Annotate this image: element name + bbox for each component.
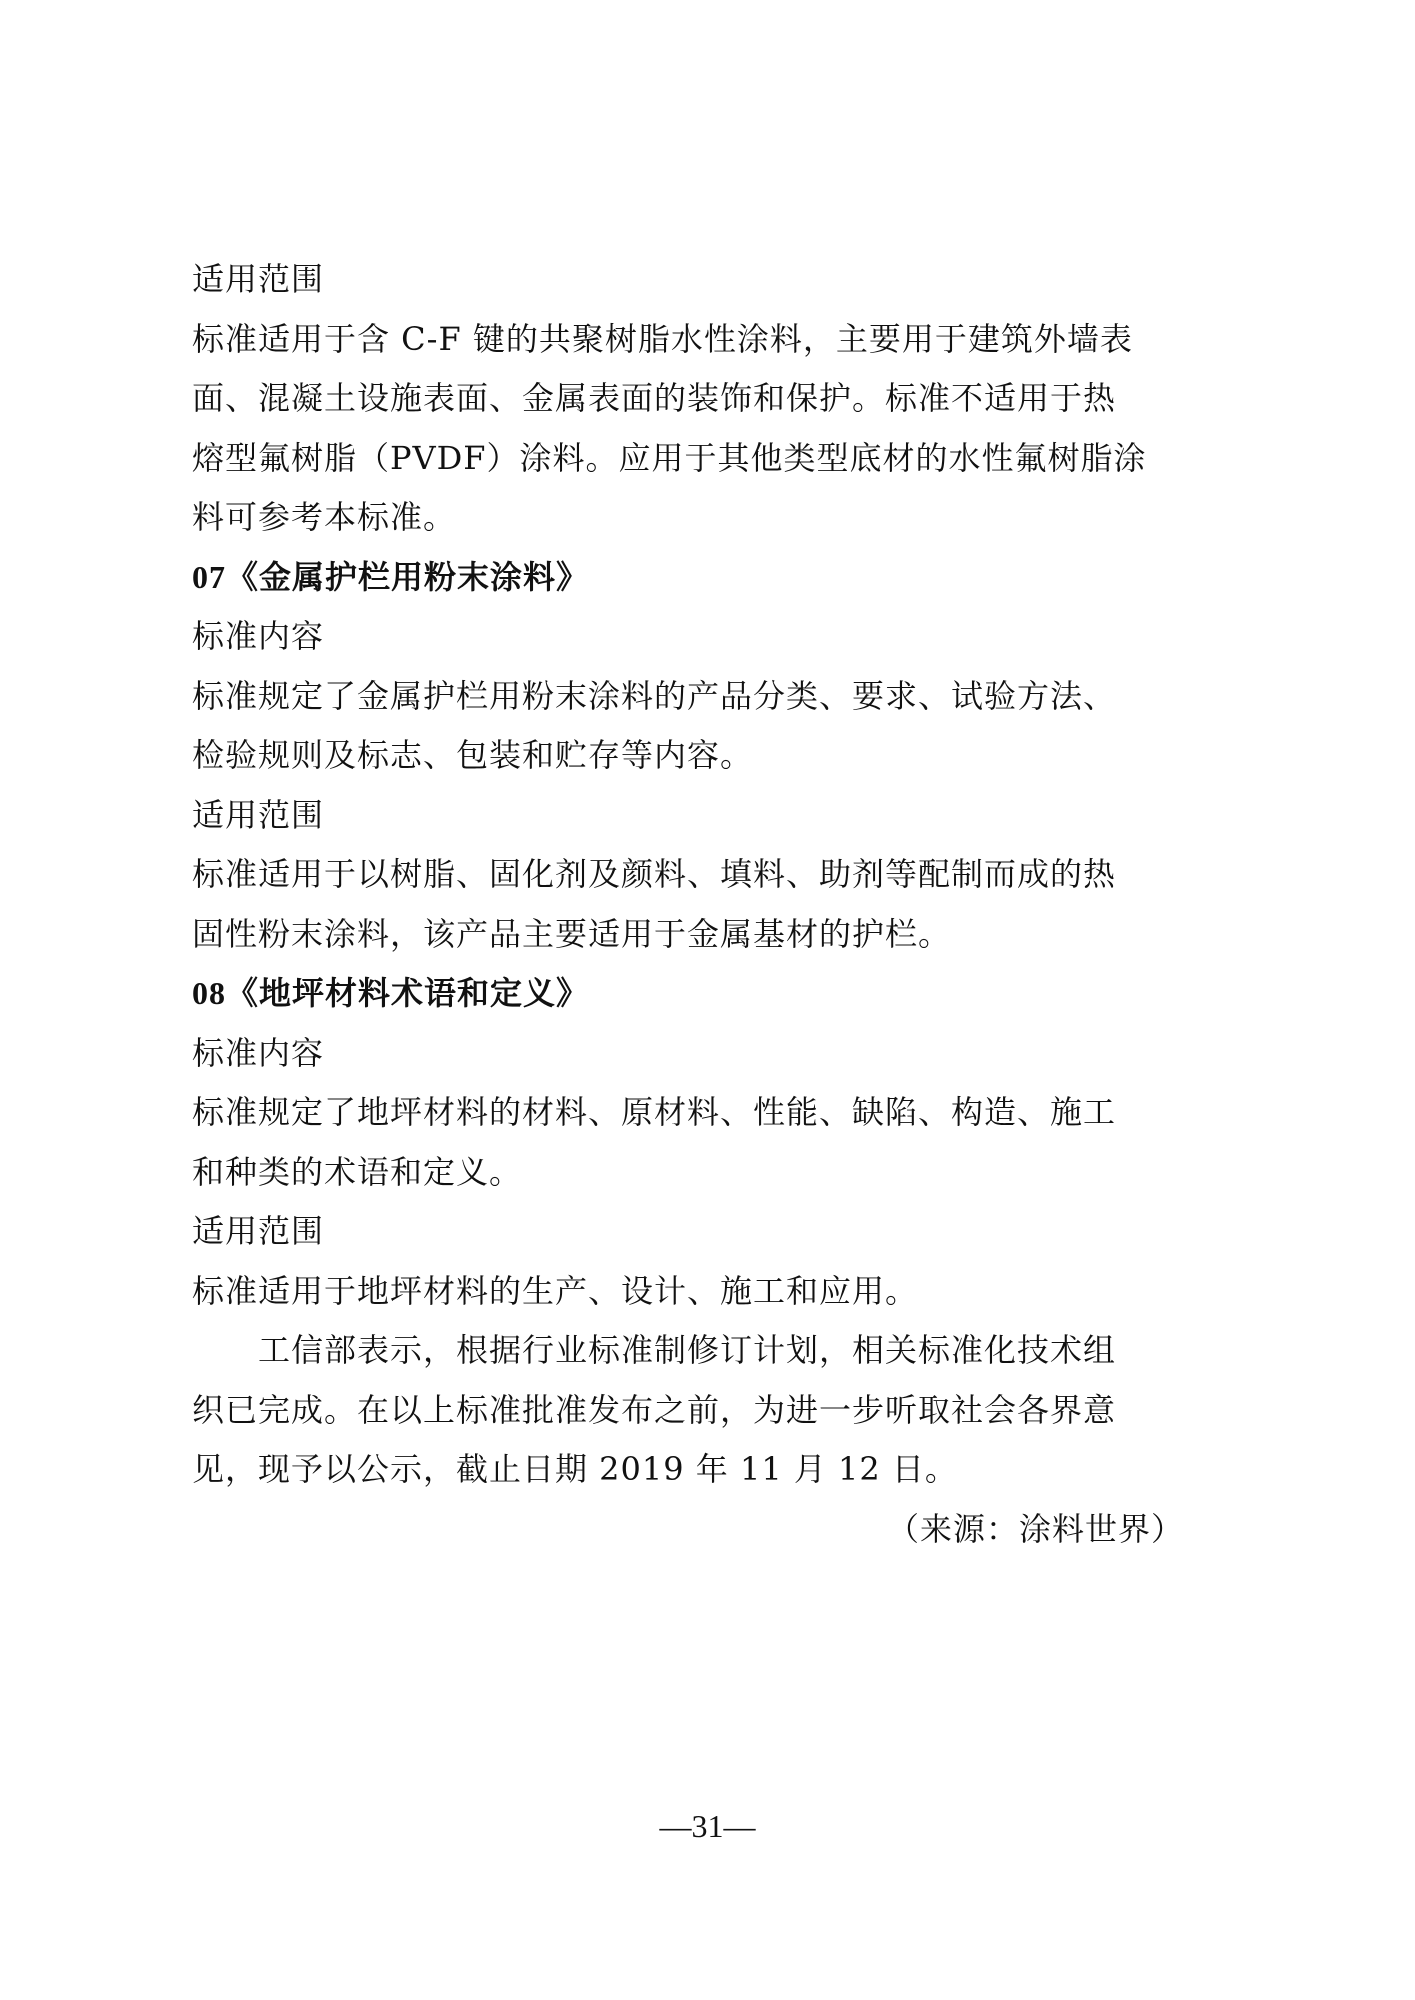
scope-text-line: 标准适用于以树脂、固化剂及颜料、填料、助剂等配制而成的热 <box>192 845 1184 905</box>
scope-label: 适用范围 <box>192 1202 1184 1262</box>
scope-text-line: 标准适用于地坪材料的生产、设计、施工和应用。 <box>192 1262 1184 1322</box>
scope-text-line: 料可参考本标准。 <box>192 488 1184 548</box>
scope-label: 适用范围 <box>192 250 1184 310</box>
scope-text-line: 面、混凝土设施表面、金属表面的装饰和保护。标准不适用于热 <box>192 369 1184 429</box>
document-page: 适用范围 标准适用于含 C-F 键的共聚树脂水性涂料，主要用于建筑外墙表 面、混… <box>192 250 1184 1559</box>
content-text-line: 标准规定了地坪材料的材料、原材料、性能、缺陷、构造、施工 <box>192 1083 1184 1143</box>
content-text-line: 标准规定了金属护栏用粉末涂料的产品分类、要求、试验方法、 <box>192 667 1184 727</box>
closing-paragraph-line: 见，现予以公示，截止日期 2019 年 11 月 12 日。 <box>192 1440 1184 1500</box>
content-label: 标准内容 <box>192 1024 1184 1084</box>
content-text-line: 检验规则及标志、包装和贮存等内容。 <box>192 726 1184 786</box>
source-attribution: （来源：涂料世界） <box>192 1500 1184 1560</box>
scope-text-line: 标准适用于含 C-F 键的共聚树脂水性涂料，主要用于建筑外墙表 <box>192 310 1184 370</box>
content-label: 标准内容 <box>192 607 1184 667</box>
scope-text-line: 熔型氟树脂（PVDF）涂料。应用于其他类型底材的水性氟树脂涂 <box>192 429 1184 489</box>
scope-label: 适用范围 <box>192 786 1184 846</box>
closing-paragraph-line: 工信部表示，根据行业标准制修订计划，相关标准化技术组 <box>192 1321 1184 1381</box>
section-heading-08: 08《地坪材料术语和定义》 <box>192 964 1184 1024</box>
section-heading-07: 07《金属护栏用粉末涂料》 <box>192 548 1184 608</box>
content-text-line: 和种类的术语和定义。 <box>192 1143 1184 1203</box>
closing-paragraph-line: 织已完成。在以上标准批准发布之前，为进一步听取社会各界意 <box>192 1381 1184 1441</box>
scope-text-line: 固性粉末涂料，该产品主要适用于金属基材的护栏。 <box>192 905 1184 965</box>
page-number: —31— <box>0 1808 1415 1845</box>
